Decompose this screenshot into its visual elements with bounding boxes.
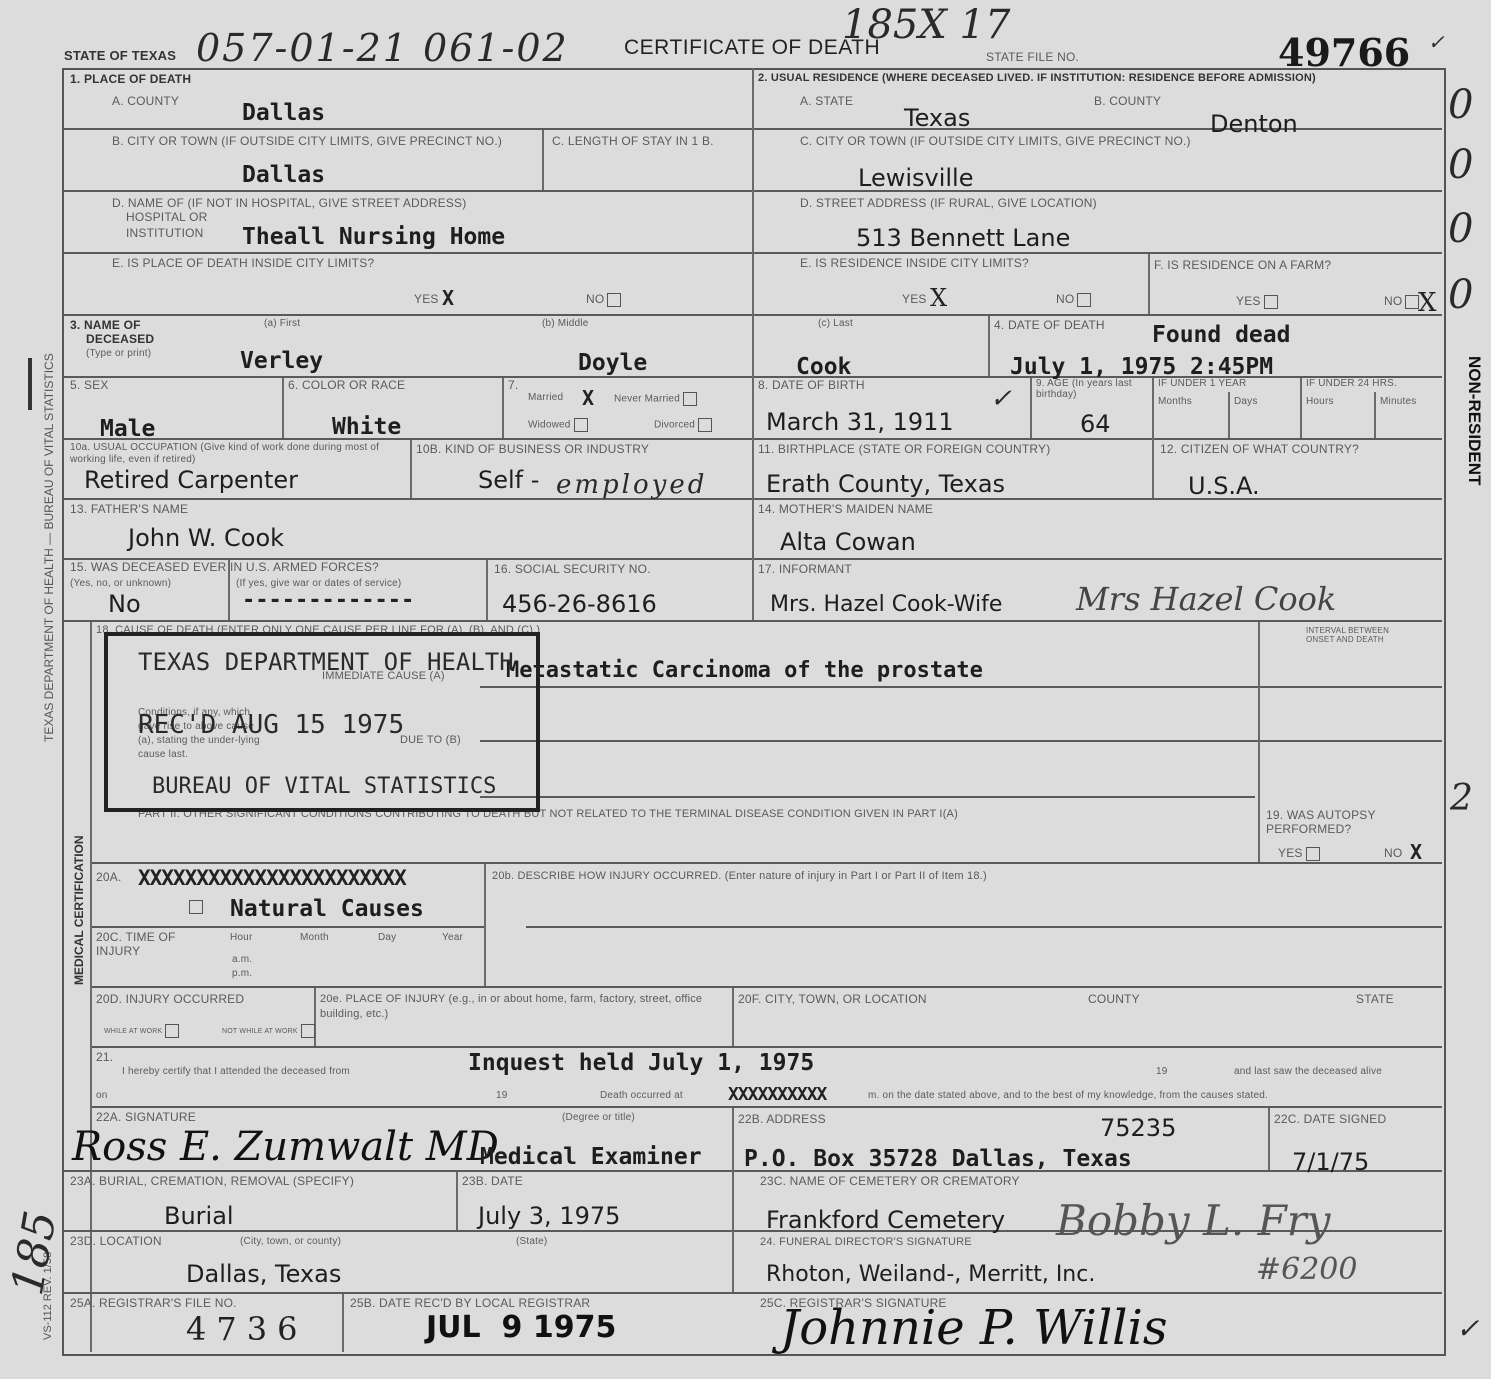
item-20b-label: 20b. DESCRIBE HOW INJURY OCCURRED. (Ente… [492, 870, 987, 882]
day-label: Day [378, 932, 396, 943]
not-while-at-work-checkbox[interactable] [301, 1024, 315, 1038]
burial-location-label: 23d. LOCATION [70, 1234, 162, 1248]
rule [456, 1172, 458, 1230]
margin-tick-mark [28, 358, 32, 410]
name-label-2: DECEASED [86, 332, 154, 346]
rule [486, 560, 488, 620]
struck-options: XXXXXXXXXXXXXXXXXXXXXXX [138, 866, 406, 890]
name-label-3: (Type or print) [86, 348, 151, 359]
inside-limits-yes-option[interactable]: YES [414, 292, 439, 306]
rule [732, 1108, 734, 1292]
left-margin-label: TEXAS DEPARTMENT OF HEALTH — BUREAU OF V… [42, 353, 56, 742]
sex-label: 5. SEX [70, 378, 109, 392]
informant-label: 17. INFORMANT [758, 562, 852, 576]
farm-yes-checkbox[interactable] [1264, 295, 1278, 309]
cemetery-label: 23c. NAME OF CEMETERY OR CREMATORY [760, 1174, 1020, 1188]
last-saw-text: and last saw the deceased alive [1234, 1066, 1382, 1077]
length-of-stay-label: c. LENGTH OF STAY in 1 b. [552, 134, 722, 148]
rule [1228, 392, 1230, 438]
registrar-file-value: 4736 [186, 1310, 307, 1348]
state-file-label: STATE FILE NO. [986, 50, 1079, 64]
minutes-label: Minutes [1380, 396, 1416, 407]
institution-label-1: d. NAME OF (If not in hospital, give str… [112, 196, 466, 210]
item-21-label: 21. [96, 1050, 113, 1064]
marital-label: 7. [508, 378, 518, 392]
dob-check-icon: ✓ [990, 384, 1012, 414]
first-name-value: Verley [240, 348, 323, 374]
handwritten-top-code: 185X 17 [842, 2, 1010, 48]
divorced-checkbox[interactable] [698, 418, 712, 432]
autopsy-yes-checkbox[interactable] [1306, 847, 1320, 861]
am-label: a.m. [232, 954, 252, 965]
last-name-label: (c) Last [818, 318, 853, 329]
found-dead-note: Found dead [1152, 322, 1290, 348]
place-of-death-label: 1. PLACE OF DEATH [70, 72, 191, 86]
residence-county-label: b. COUNTY [1094, 94, 1161, 108]
residence-city-label: c. CITY OR TOWN (If outside city limits,… [800, 134, 1191, 148]
dob-value: March 31, 1911 [766, 408, 954, 436]
autopsy-yes-option[interactable]: YES [1278, 846, 1320, 861]
death-county-label: a. COUNTY [112, 94, 179, 108]
physician-title: Medical Examiner [480, 1144, 702, 1170]
name-label-1: 3. NAME OF [70, 318, 141, 332]
middle-name-value: Doyle [578, 350, 647, 376]
signature-label: 22a. SIGNATURE [96, 1110, 196, 1124]
rule [502, 378, 504, 438]
item-20e-label: 20e. PLACE OF INJURY (e.g., in or about … [320, 992, 728, 1022]
immediate-cause-value: Metastatic Carcinoma of the prostate [506, 658, 983, 683]
cemetery-value: Frankford Cemetery [766, 1206, 1005, 1234]
while-at-work-option[interactable]: WHILE AT WORK [104, 1024, 179, 1038]
sex-value: Male [100, 416, 155, 442]
residence-city-value: Lewisville [858, 164, 974, 192]
date-of-death-label: 4. DATE OF DEATH [994, 318, 1105, 332]
burial-method-value: Burial [164, 1202, 234, 1230]
birthplace-label: 11. BIRTHPLACE (State or foreign country… [758, 442, 1050, 456]
armed-forces-dates-value: ------------- [242, 588, 414, 613]
business-handwritten-value: employed [556, 470, 707, 500]
informant-value: Mrs. Hazel Cook-Wife [770, 592, 1002, 617]
address-zip: 75235 [1100, 1114, 1176, 1142]
institution-label-2: HOSPITAL OR [126, 210, 208, 224]
nineteen-label-2: 19 [496, 1090, 508, 1101]
month-label: Month [300, 932, 329, 943]
interval-label: INTERVAL BETWEEN ONSET AND DEATH [1306, 626, 1416, 644]
residence-inside-yes-option[interactable]: YES [902, 292, 927, 306]
item-20c-label: 20c. TIME OF INJURY [96, 930, 196, 958]
hour-label: Hour [230, 932, 252, 943]
rule [484, 864, 486, 986]
funeral-director-value: Rhoton, Weiland-, Merritt, Inc. [766, 1262, 1095, 1287]
residence-street-value: 513 Bennett Lane [856, 224, 1070, 252]
months-label: Months [1158, 396, 1192, 407]
stamp-line-1: TEXAS DEPARTMENT OF HEALTH [138, 648, 514, 676]
inside-city-limits-label: e. IS PLACE OF DEATH INSIDE CITY LIMITS? [112, 256, 374, 270]
handwritten-codes: 057-01-21 061-02 [196, 26, 569, 70]
death-city-label: b. CITY OR TOWN (If outside city limits,… [112, 134, 502, 148]
citizen-value: U.S.A. [1188, 472, 1260, 500]
death-occurred-text: Death occurred at [600, 1090, 683, 1101]
right-margin-mark-2: 0 [1448, 142, 1473, 188]
rule [342, 1294, 344, 1352]
right-margin-mark-4: 0 [1448, 272, 1473, 318]
rule [1152, 378, 1154, 498]
while-at-work-checkbox[interactable] [165, 1024, 179, 1038]
first-name-label: (a) First [264, 318, 300, 329]
rule [542, 130, 544, 190]
residence-farm-label: f. IS RESIDENCE ON A FARM? [1154, 258, 1331, 272]
rule [92, 926, 484, 928]
manner-of-death-value: Natural Causes [230, 896, 424, 922]
item-20a-label: 20a. [96, 870, 122, 884]
funeral-director-license: #6200 [1256, 1252, 1357, 1287]
last-name-value: Cook [796, 354, 851, 380]
under-year-label: IF UNDER 1 YEAR [1158, 378, 1246, 389]
burial-location-value: Dallas, Texas [186, 1260, 341, 1288]
death-city-value: Dallas [242, 162, 325, 188]
check-icon: ✓ [1428, 30, 1445, 54]
attended-value: Inquest held July 1, 1975 [468, 1050, 814, 1076]
father-label: 13. FATHER'S NAME [70, 502, 188, 516]
left-handwritten-number: 185 [2, 1207, 67, 1299]
non-resident-label: NON-RESIDENT [1464, 356, 1484, 485]
pm-label: p.m. [232, 968, 252, 979]
rule [410, 440, 412, 498]
rule [92, 986, 1442, 988]
item-20f-label: 20f. CITY, TOWN, OR LOCATION [738, 992, 927, 1006]
rule [64, 620, 1442, 622]
right-margin-mark-3: 0 [1448, 206, 1473, 252]
autopsy-no-option[interactable]: NO [1384, 846, 1402, 860]
rule [480, 686, 1442, 688]
location-sub-city: (City, town, or county) [240, 1236, 341, 1247]
rule [1268, 1108, 1270, 1170]
rule [282, 378, 284, 438]
married-checkbox[interactable]: X [582, 386, 594, 410]
birthplace-value: Erath County, Texas [766, 470, 1005, 498]
stamp-line-2: REC'D AUG 15 1975 [138, 710, 404, 740]
rule [988, 316, 990, 376]
armed-forces-sub1: (Yes, no, or unknown) [70, 578, 171, 589]
rule [752, 68, 754, 620]
dob-label: 8. DATE OF BIRTH [758, 378, 865, 392]
armed-forces-value: No [108, 590, 141, 618]
armed-forces-label: 15. WAS DECEASED EVER IN U.S. ARMED FORC… [70, 560, 379, 574]
on-label: on [96, 1090, 108, 1101]
widowed-checkbox[interactable] [574, 418, 588, 432]
ssn-label: 16. SOCIAL SECURITY NO. [494, 562, 651, 576]
date-signed-label: 22c. DATE SIGNED [1274, 1112, 1386, 1126]
rule [1374, 392, 1376, 438]
rule [1258, 622, 1260, 862]
right-margin-mark-1: 0 [1448, 82, 1473, 128]
citizen-label: 12. CITIZEN OF WHAT COUNTRY? [1160, 442, 1359, 456]
never-married-checkbox[interactable] [683, 392, 697, 406]
death-time-struck: XXXXXXXXXX [728, 1084, 826, 1105]
location-sub-state: (State) [516, 1236, 547, 1247]
rule [1300, 378, 1302, 438]
funeral-director-label: 24. FUNERAL DIRECTOR'S SIGNATURE [760, 1236, 972, 1248]
hours-label: Hours [1306, 396, 1334, 407]
middle-name-label: (b) Middle [542, 318, 588, 329]
widowed-option[interactable]: Widowed [528, 418, 588, 432]
occupation-value: Retired Carpenter [84, 466, 298, 494]
business-label: 10b. KIND OF BUSINESS OR INDUSTRY [416, 442, 649, 456]
farm-no-mark: X [1418, 288, 1437, 318]
year-label: Year [442, 932, 463, 943]
race-label: 6. COLOR OR RACE [288, 378, 405, 392]
stamp-line-3: BUREAU OF VITAL STATISTICS [152, 774, 496, 799]
address-label: 22b. ADDRESS [738, 1112, 826, 1126]
right-margin-mark-5: 2 [1450, 778, 1473, 819]
rule [92, 1046, 1442, 1048]
residence-inside-yes-checkbox[interactable]: X [930, 284, 947, 312]
not-while-at-work-option[interactable]: NOT WHILE AT WORK [222, 1024, 315, 1038]
rule [92, 862, 1442, 864]
residence-inside-limits-label: e. IS RESIDENCE INSIDE CITY LIMITS? [800, 256, 1029, 270]
funeral-director-signature: Bobby L. Fry [1056, 1196, 1331, 1245]
ssn-value: 456-26-8616 [502, 590, 657, 618]
never-married-option[interactable]: Never Married [614, 392, 697, 406]
burial-method-label: 23a. BURIAL, CREMATION, REMOVAL (Specify… [70, 1174, 354, 1188]
nineteen-label-1: 19 [1156, 1066, 1168, 1077]
received-stamp: TEXAS DEPARTMENT OF HEALTH REC'D AUG 15 … [104, 632, 540, 812]
rule [480, 796, 1255, 798]
married-option[interactable]: Married [528, 392, 563, 403]
mother-value: Alta Cowan [780, 528, 916, 556]
death-county-value: Dallas [242, 100, 325, 126]
informant-signature: Mrs Hazel Cook [1076, 580, 1336, 618]
father-value: John W. Cook [128, 524, 284, 552]
physician-signature: Ross E. Zumwalt MD [72, 1124, 499, 1170]
rule [1148, 254, 1150, 314]
autopsy-label: 19. WAS AUTOPSY PERFORMED? [1266, 808, 1442, 836]
rule [732, 988, 734, 1046]
registrar-file-label: 25a. REGISTRAR'S FILE NO. [70, 1296, 237, 1310]
injury-county-label: COUNTY [1088, 992, 1140, 1006]
registrar-date-value: JUL 9 1975 [426, 1310, 616, 1345]
days-label: Days [1234, 396, 1258, 407]
certify-text: I hereby certify that I attended the dec… [122, 1066, 350, 1077]
usual-residence-label: 2. USUAL RESIDENCE (Where deceased lived… [758, 72, 1316, 84]
item-20d-label: 20d. INJURY OCCURRED [96, 992, 244, 1006]
residence-street-label: d. STREET ADDRESS (If rural, give locati… [800, 196, 1097, 210]
under-24-label: IF UNDER 24 HRS. [1306, 378, 1397, 389]
residence-inside-no-checkbox[interactable] [1077, 293, 1091, 307]
inside-limits-no-checkbox[interactable] [607, 293, 621, 307]
rule [64, 1292, 1442, 1294]
residence-state-label: a. STATE [800, 94, 853, 108]
residence-state-value: Texas [904, 104, 970, 132]
divorced-option[interactable]: Divorced [654, 418, 712, 432]
mother-label: 14. MOTHER'S MAIDEN NAME [758, 502, 933, 516]
inside-limits-no-option[interactable]: NO [586, 292, 621, 307]
institution-value: Theall Nursing Home [242, 224, 505, 250]
inside-limits-yes-checkbox[interactable]: X [442, 286, 454, 310]
date-of-death-value: July 1, 1975 2:45PM [1010, 354, 1273, 380]
residence-county-value: Denton [1210, 110, 1298, 138]
farm-no-option[interactable]: NO [1384, 294, 1419, 309]
address-value: P.O. Box 35728 Dallas, Texas [744, 1146, 1132, 1172]
rule [526, 926, 1442, 928]
institution-label-3: INSTITUTION [126, 226, 204, 240]
autopsy-no-checkbox[interactable]: X [1410, 840, 1422, 864]
stated-text: m. on the date stated above, and to the … [868, 1090, 1268, 1101]
state-of-texas-label: STATE OF TEXAS [64, 48, 176, 63]
burial-date-label: 23b. DATE [462, 1174, 523, 1188]
residence-inside-no-option[interactable]: NO [1056, 292, 1091, 307]
farm-yes-option[interactable]: YES [1236, 294, 1278, 309]
burial-date-value: July 3, 1975 [478, 1202, 620, 1230]
date-signed-value: 7/1/75 [1292, 1148, 1369, 1176]
race-value: White [332, 414, 401, 440]
registrar-date-label: 25b. DATE REC'D BY LOCAL REGISTRAR [350, 1296, 590, 1310]
age-label: 9. AGE (In years last birthday) [1036, 378, 1146, 400]
registrar-check-icon: ✓ [1456, 1312, 1479, 1345]
age-value: 64 [1080, 410, 1111, 438]
rule [1030, 378, 1032, 438]
degree-label: (Degree or title) [562, 1112, 635, 1123]
accident-checkbox[interactable] [189, 900, 203, 914]
occupation-label: 10a. USUAL OCCUPATION (Give kind of work… [70, 442, 410, 466]
rule [480, 740, 1442, 742]
rule [92, 1106, 1442, 1108]
registrar-signature: Johnnie P. Willis [780, 1300, 1168, 1356]
injury-state-label: STATE [1356, 992, 1394, 1006]
business-typed-value: Self - [478, 466, 539, 494]
